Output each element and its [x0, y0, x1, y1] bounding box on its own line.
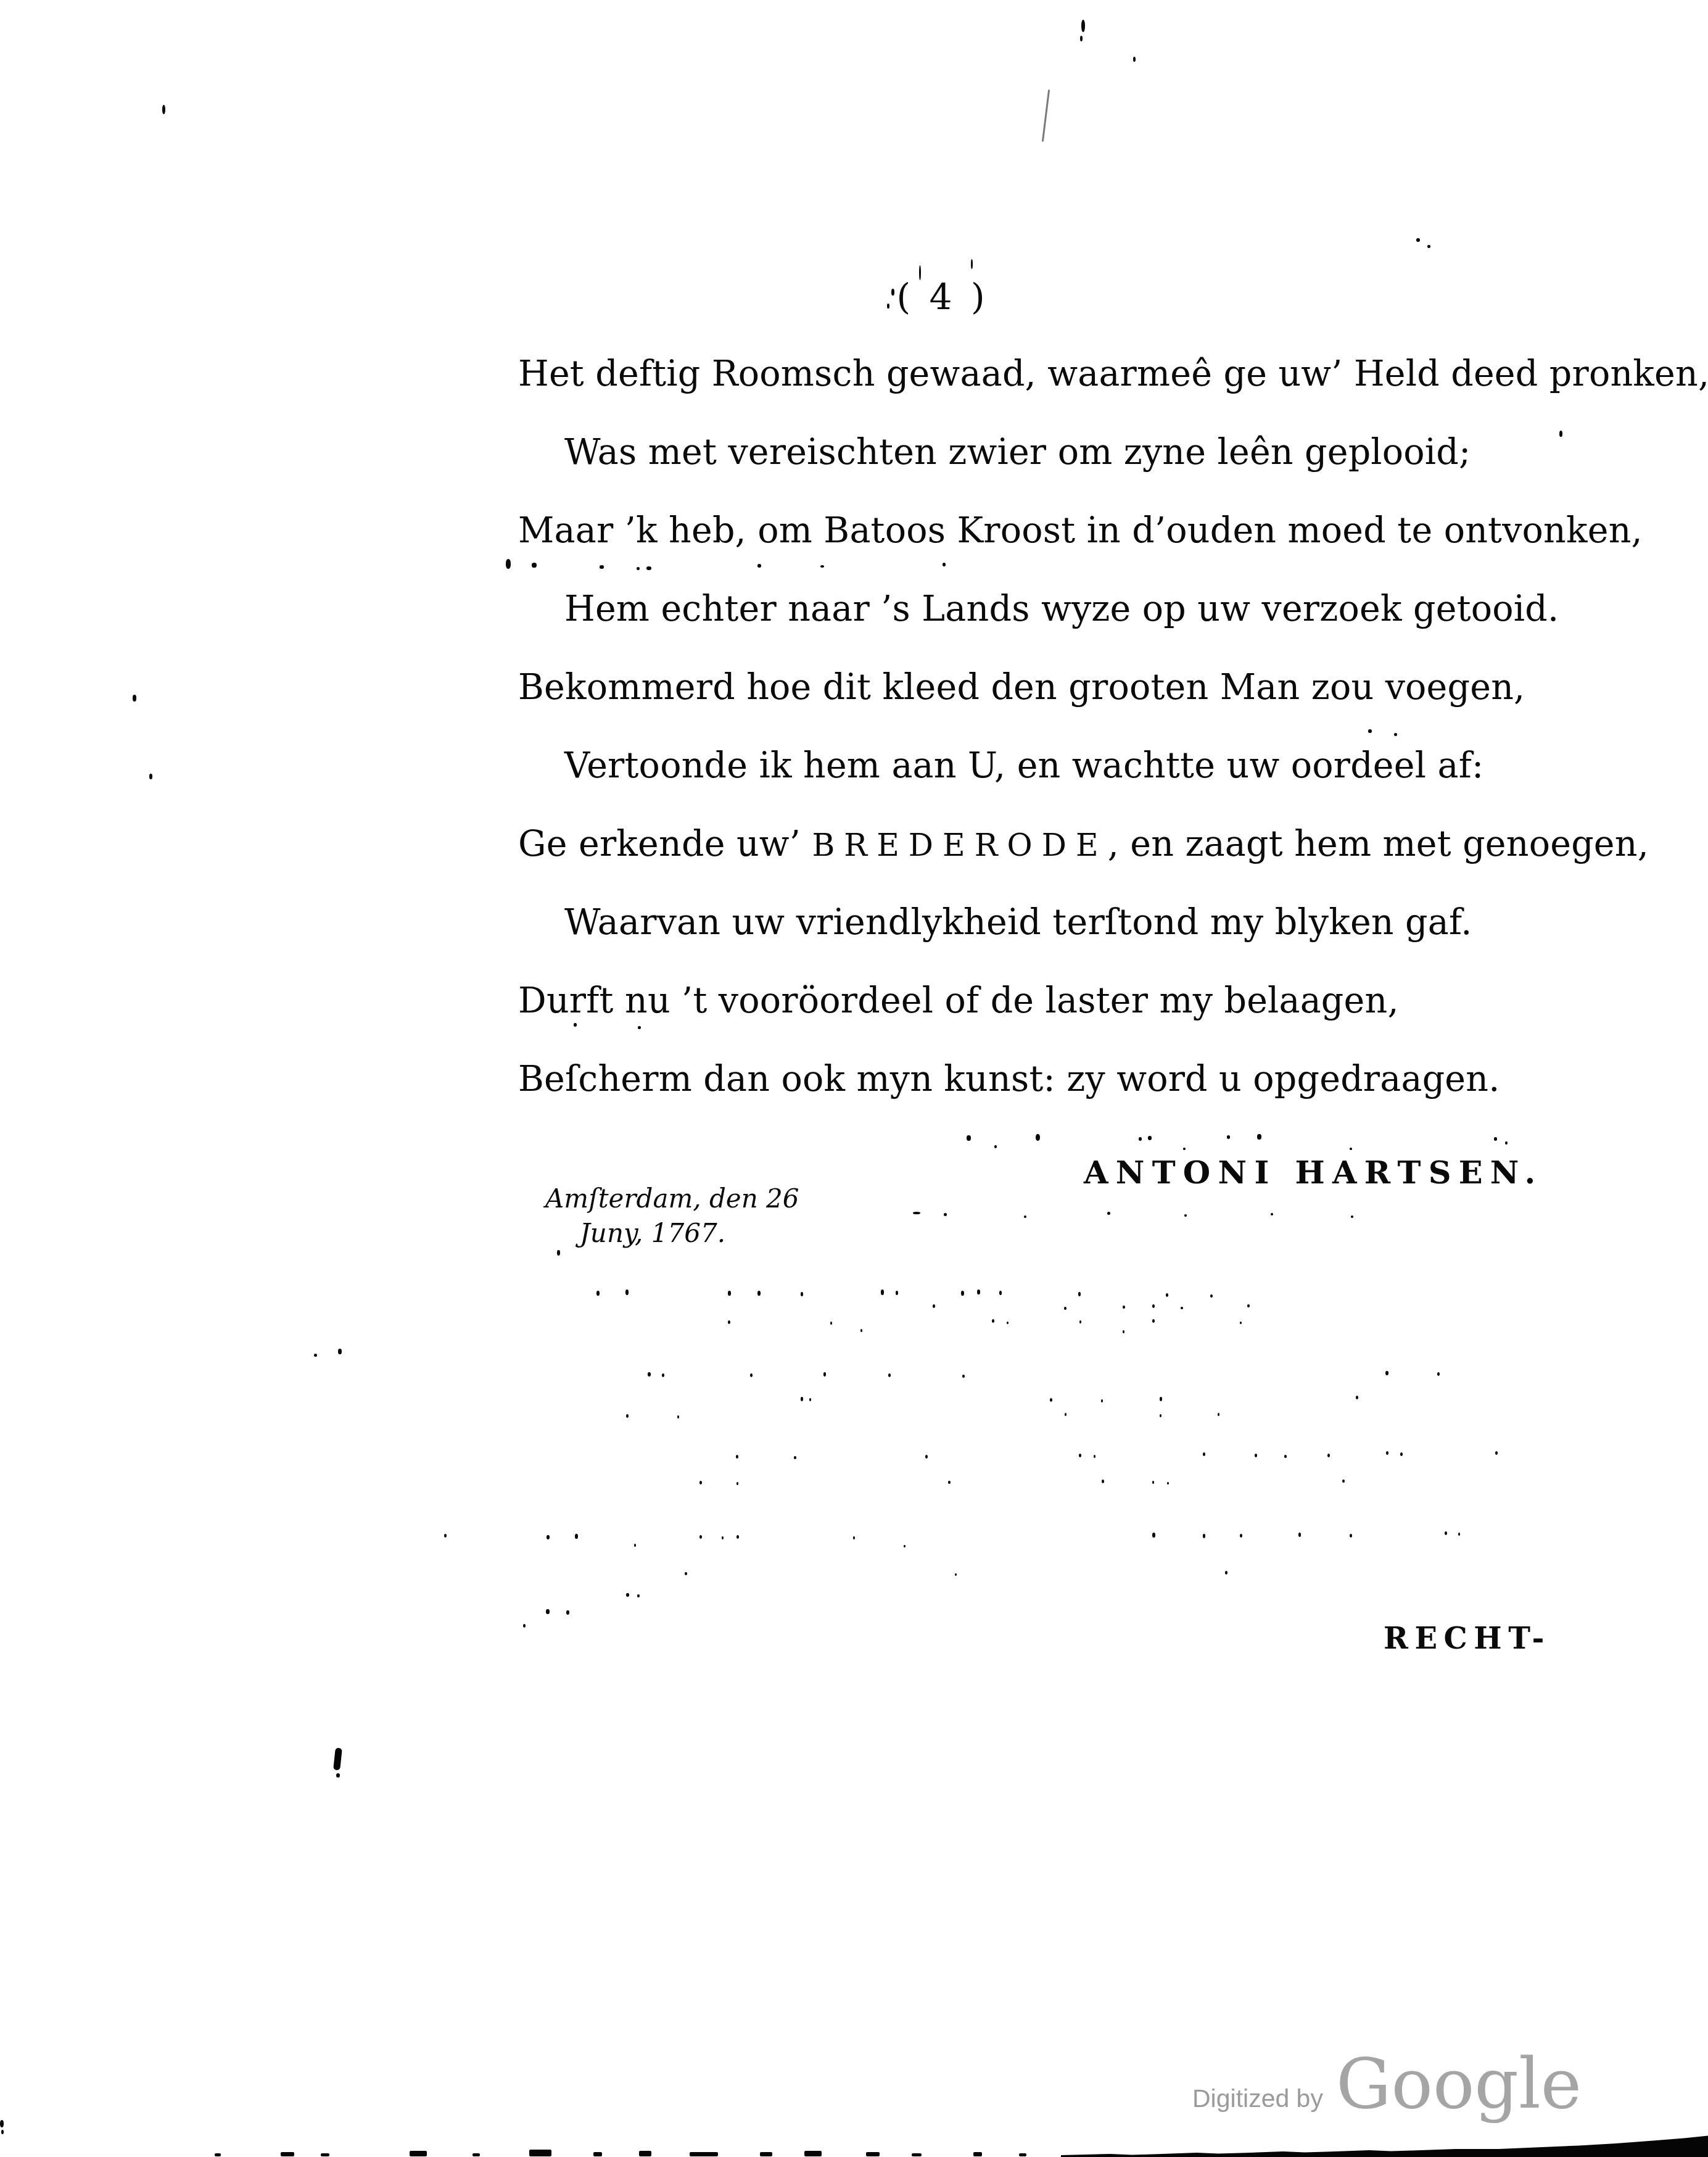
ink-speck: [625, 1290, 629, 1295]
dateline-date: Juny, 1767.: [580, 1220, 799, 1246]
ink-speck: [820, 565, 824, 568]
ink-speck: [757, 1291, 761, 1296]
ink-speck: [1203, 1452, 1205, 1456]
ink-speck: [999, 1291, 1002, 1295]
ink-speck: [1271, 1213, 1273, 1215]
ink-speck: [1247, 1304, 1250, 1307]
ink-speck: [1394, 733, 1397, 736]
poem-line-7: Ge erkende uw’ BREDERODE, en zaagt hem m…: [518, 827, 1649, 862]
ink-speck: [971, 259, 973, 269]
poem-line-7-pre: Ge erkende uw’: [518, 824, 812, 864]
ink-speck: [1427, 245, 1430, 248]
dateline: Amſterdam, den 26 Juny, 1767.: [545, 1186, 799, 1246]
ink-speck: [948, 1481, 951, 1484]
ink-speck: [1078, 1292, 1081, 1296]
ink-speck: [1123, 1330, 1124, 1333]
ink-speck: [1327, 1454, 1330, 1457]
ink-speck: [736, 1535, 739, 1539]
ink-speck: [925, 1455, 928, 1459]
ink-speck: [853, 1536, 855, 1539]
ink-speck: [860, 1329, 862, 1332]
ink-speck: [699, 1481, 702, 1484]
ink-speck: [1400, 1452, 1403, 1456]
ink-speck: [637, 1594, 640, 1597]
ink-speck: [1160, 1397, 1162, 1401]
ink-speck: [823, 1372, 826, 1377]
ink-speck: [1505, 1141, 1508, 1145]
ink-speck: [1351, 1215, 1353, 1218]
ink-speck: [888, 1373, 891, 1377]
ink-speck: [1079, 1320, 1081, 1323]
ink-speck: [801, 1397, 803, 1401]
ink-speck: [1218, 1413, 1219, 1416]
ink-speck: [1240, 1534, 1242, 1538]
ink-speck: [1079, 1454, 1081, 1457]
ink-speck: [626, 1414, 629, 1418]
ink-speck: [162, 105, 165, 114]
scanned-page: ( 4 ) Het deftig Roomsch gewaad, waarmeê…: [0, 0, 1708, 2157]
ink-speck: [646, 566, 651, 570]
ink-stroke-artifact: [333, 1748, 342, 1771]
ink-speck: [1152, 1304, 1155, 1308]
ink-speck: [1298, 1533, 1301, 1537]
ink-speck: [626, 1593, 629, 1597]
ink-speck: [1386, 1451, 1388, 1455]
poem-line-8: Waarvan uw vriendlykheid terſtond my bly…: [564, 905, 1472, 940]
ink-speck: [557, 1250, 560, 1256]
ink-speck: [977, 1290, 980, 1294]
ink-speck: [1416, 238, 1420, 242]
poem-line-7-post: , en zaagt hem met genoegen,: [1108, 824, 1649, 864]
ink-speck: [961, 1291, 964, 1296]
ink-speck: [1181, 1307, 1183, 1309]
ink-speck: [1368, 729, 1372, 733]
ink-speck: [1036, 1134, 1040, 1141]
ink-speck: [1139, 1137, 1142, 1141]
ink-speck: [1081, 20, 1085, 32]
ink-speck: [1350, 1148, 1352, 1150]
poem-line-3: Maar ’k heb, om Batoos Kroost in d’ouden…: [518, 513, 1643, 549]
page-number: ( 4 ): [862, 279, 1023, 315]
ink-speck: [881, 1290, 884, 1295]
poem-line-1: Het deftig Roomsch gewaad, waarmeê ge uw…: [518, 357, 1708, 392]
ink-speck: [1284, 1455, 1287, 1458]
ink-speck: [896, 1291, 898, 1295]
ink-speck: [532, 563, 537, 568]
ink-speck: [662, 1373, 664, 1377]
ink-speck: [1024, 1215, 1026, 1218]
ink-speck: [1007, 1322, 1009, 1324]
ink-speck: [547, 1535, 550, 1539]
ink-speck: [1445, 1531, 1447, 1535]
ink-speck: [685, 1572, 687, 1575]
ink-speck: [801, 1292, 803, 1296]
poem-line-4: Hem echter naar ’s Lands wyze op uw verz…: [564, 592, 1559, 627]
ink-speck: [1152, 1533, 1155, 1538]
ink-speck: [1458, 1533, 1460, 1536]
ink-speck: [913, 1212, 920, 1214]
scan-hairline-artifact: [1042, 89, 1050, 142]
ink-speck: [596, 1291, 600, 1296]
ink-speck: [566, 1610, 569, 1615]
ink-speck: [1133, 57, 1136, 62]
ink-speck: [1210, 1294, 1213, 1298]
ink-speck: [994, 1145, 997, 1148]
ink-speck: [1342, 1480, 1345, 1483]
ink-speck: [1065, 1413, 1066, 1416]
ink-speck: [943, 563, 946, 566]
ink-speck: [506, 559, 511, 569]
poem-line-5: Bekommerd hoe dit kleed den grooten Man …: [518, 670, 1525, 705]
poem-line-7-name: BREDERODE: [812, 827, 1107, 863]
ink-speck: [575, 1534, 578, 1539]
ink-speck: [1107, 1212, 1110, 1215]
ink-speck: [1166, 1293, 1168, 1297]
ink-speck: [600, 565, 604, 569]
ink-speck: [444, 1534, 447, 1538]
ink-speck: [1494, 1137, 1497, 1141]
ink-speck: [338, 1349, 342, 1354]
ink-speck: [728, 1320, 730, 1324]
dateline-place: Amſterdam, den 26: [545, 1183, 799, 1214]
ink-speck: [962, 1375, 965, 1378]
google-logo: Google: [1336, 2050, 1582, 2119]
ink-speck: [637, 567, 640, 570]
ink-speck: [967, 1135, 971, 1141]
ink-speck: [1203, 1534, 1205, 1538]
ink-speck: [933, 1304, 935, 1308]
ink-speck: [1148, 1136, 1152, 1140]
ink-speck: [1257, 1134, 1261, 1140]
ink-speck: [992, 1319, 994, 1323]
ink-speck: [523, 1624, 526, 1628]
ink-speck: [1152, 1481, 1154, 1484]
poem-line-6: Vertoonde ik hem aan U, en wachtte uw oo…: [564, 748, 1483, 784]
poem-line-2: Was met vereischten zwier om zyne leên g…: [564, 435, 1471, 470]
ink-speck: [1255, 1454, 1257, 1457]
scan-bottom-edge: [0, 2132, 1708, 2157]
ink-speck: [1385, 1371, 1388, 1375]
ink-speck: [1080, 36, 1083, 41]
ink-speck: [699, 1535, 702, 1539]
ink-speck: [1050, 1398, 1052, 1402]
ink-speck: [757, 564, 761, 568]
ink-speck: [1350, 1534, 1352, 1538]
ink-speck: [1227, 1135, 1230, 1139]
ink-speck: [794, 1456, 796, 1459]
ink-speck: [634, 1544, 636, 1547]
ink-speck: [736, 1482, 738, 1485]
ink-speck: [1356, 1396, 1358, 1399]
ink-speck: [722, 1536, 724, 1539]
poem-line-9: Durft nu ’t vooröordeel of de laster my …: [518, 983, 1399, 1019]
poem-line-10: Beſcherm dan ook myn kunst: zy word u op…: [518, 1062, 1500, 1097]
ink-speck: [1123, 1306, 1125, 1309]
ink-speck: [574, 1023, 577, 1027]
ink-speck: [809, 1398, 811, 1401]
ink-speck: [955, 1573, 957, 1576]
ink-speck: [677, 1415, 679, 1418]
ink-speck: [891, 289, 894, 296]
ink-speck: [887, 304, 889, 308]
ink-speck: [314, 1354, 317, 1357]
ink-speck: [944, 1213, 947, 1216]
ink-speck: [1101, 1399, 1103, 1402]
ink-speck: [638, 1026, 641, 1029]
digitized-by-label: Digitized by: [1192, 2086, 1323, 2111]
author-signature: ANTONI HARTSEN.: [1084, 1157, 1543, 1189]
ink-speck: [1160, 1414, 1161, 1417]
ink-speck: [1094, 1455, 1095, 1458]
ink-speck: [728, 1291, 731, 1296]
ink-speck: [1225, 1571, 1227, 1575]
ink-speck: [904, 1545, 906, 1547]
catchword: RECHT-: [1384, 1624, 1551, 1654]
ink-speck: [0, 2120, 4, 2127]
ink-speck: [736, 1455, 738, 1459]
ink-speck: [1152, 1319, 1155, 1323]
ink-speck: [750, 1373, 753, 1377]
ink-speck: [1559, 431, 1562, 437]
ink-speck: [546, 1609, 550, 1614]
ink-speck: [1064, 1307, 1066, 1310]
ink-speck: [1167, 1482, 1169, 1484]
ink-speck: [648, 1372, 651, 1377]
ink-speck: [1184, 1214, 1187, 1217]
ink-dot-artifact: [336, 1773, 340, 1778]
ink-speck: [1495, 1451, 1498, 1455]
ink-speck: [1437, 1372, 1440, 1376]
ink-speck: [919, 265, 921, 280]
ink-speck: [133, 695, 136, 702]
ink-speck: [1102, 1480, 1104, 1483]
ink-speck: [149, 774, 152, 779]
ink-speck: [1240, 1322, 1242, 1324]
ink-speck: [1183, 1148, 1186, 1150]
ink-speck: [830, 1322, 832, 1325]
